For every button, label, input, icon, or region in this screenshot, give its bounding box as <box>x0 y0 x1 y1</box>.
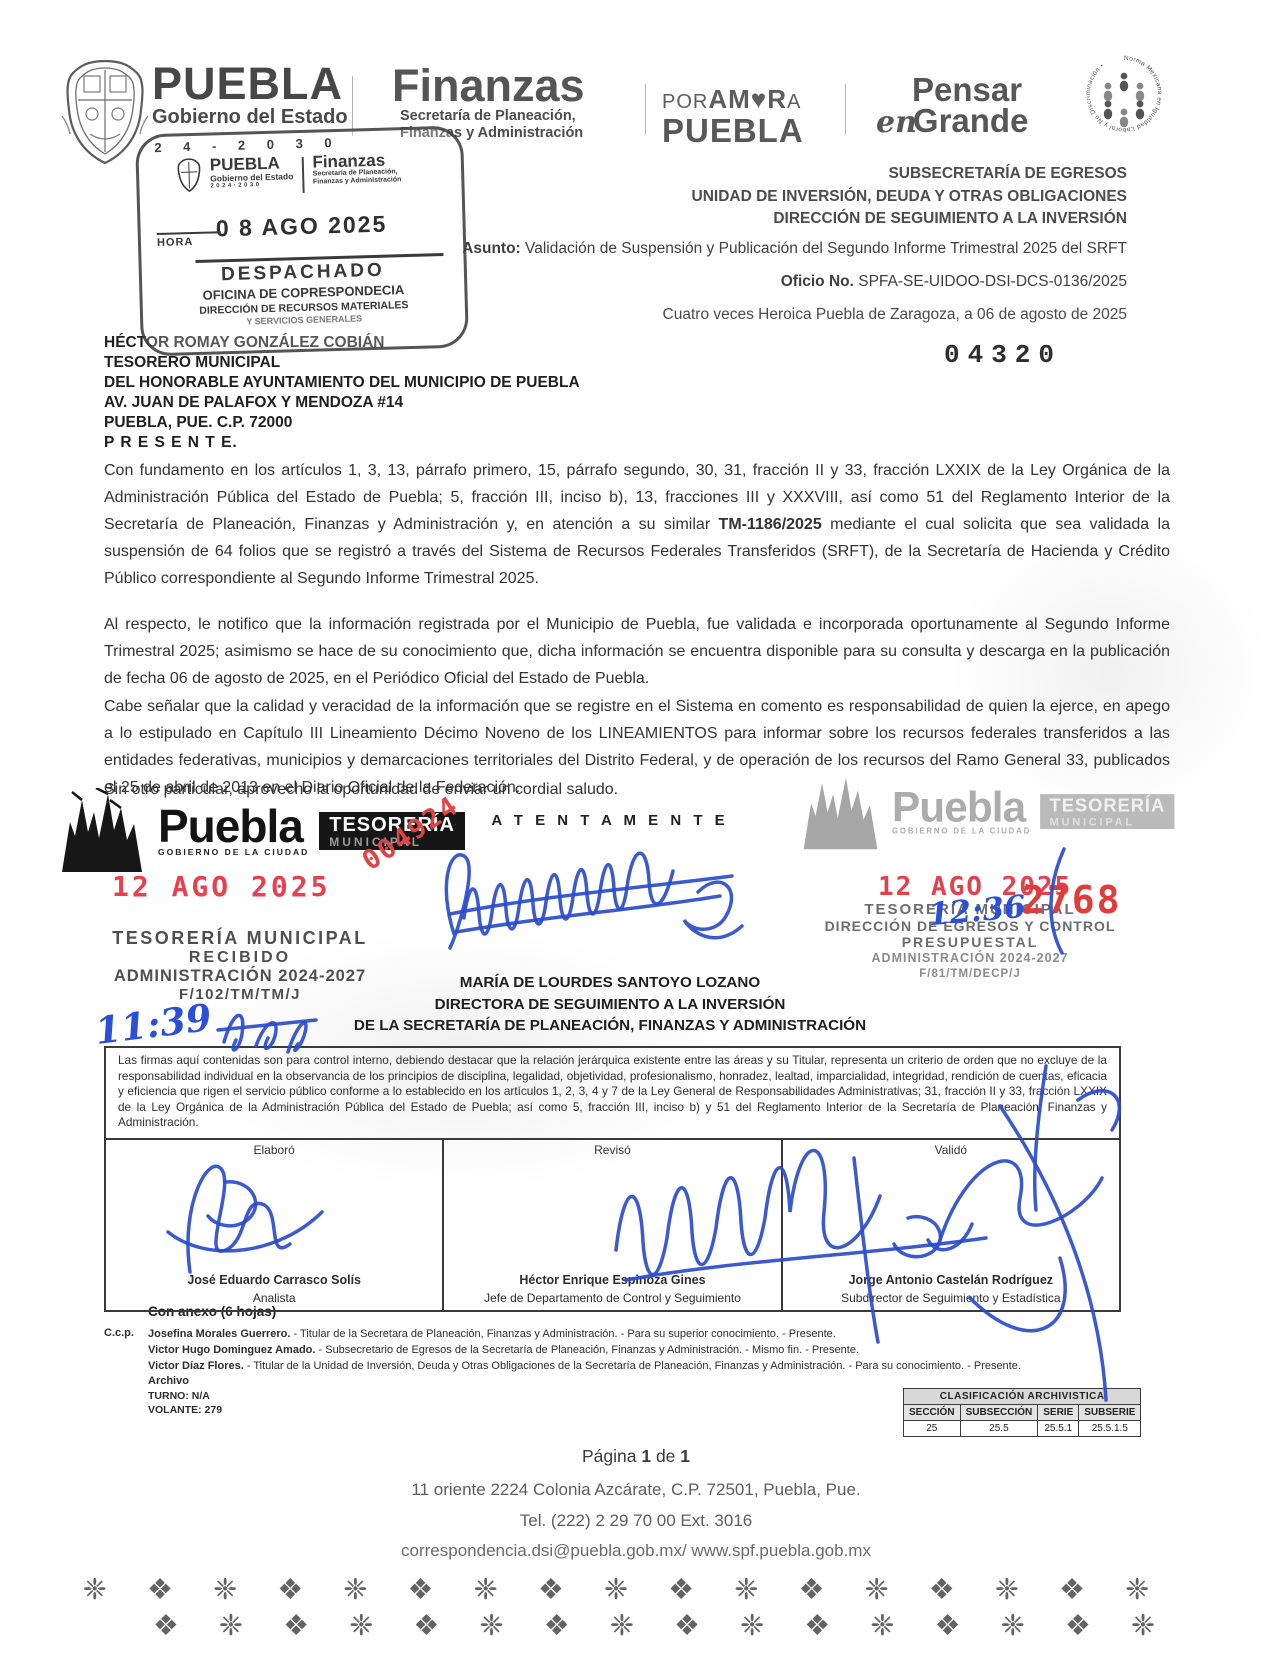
pagina-num: 1 <box>641 1446 651 1466</box>
stamp-puebla-logo: PUEBLA Gobierno del Estado 2024·2030 <box>210 155 294 189</box>
stamp-left-line1: TESORERÍA MUNICIPAL <box>70 928 410 949</box>
issuing-office-block: SUBSECRETARÍA DE EGRESOS UNIDAD DE INVER… <box>560 163 1127 231</box>
p1-reference-bold: TM-1186/2025 <box>719 516 822 533</box>
office-line2: UNIDAD DE INVERSIÓN, DEUDA Y OTRAS OBLIG… <box>560 186 1127 209</box>
handwritten-initials-ink <box>212 1000 322 1062</box>
stamp-logo-row: PUEBLA Gobierno del Estado 2024·2030 Fin… <box>177 152 402 196</box>
oficio-number: SPFA-SE-UIDOO-DSI-DCS-0136/2025 <box>854 273 1127 290</box>
archive-val-serie: 25.5.1 <box>1038 1421 1079 1437</box>
pensar-en: en <box>876 105 917 140</box>
header-divider <box>352 76 353 136</box>
valido-signature-ink <box>850 1058 1160 1408</box>
body-paragraph-2: Al respecto, le notifico que la informac… <box>104 611 1170 692</box>
brand-puebla-subtitle: Gobierno del Estado <box>152 106 348 129</box>
subject-line: Asunto: Validación de Suspensión y Publi… <box>427 240 1127 258</box>
stamp-right-line5: F/81/TM/DECP/J <box>800 966 1140 982</box>
stamp-finanzas-logo: Finanzas Secretaría de Planeación, Finan… <box>312 152 401 186</box>
addressee-org: DEL HONORABLE AYUNTAMIENTO DEL MUNICIPIO… <box>104 373 580 393</box>
puebla-city-logo-faint: Puebla GOBIERNO DE LA CIUDAD TESORERÍA M… <box>800 772 1174 851</box>
city-logo-word: Puebla <box>892 788 1031 825</box>
subject-text: Validación de Suspensión y Publicación d… <box>521 240 1127 257</box>
tesoreria-received-stamp-text: TESORERÍA MUNICIPAL RECIBIDO ADMINISTRAC… <box>70 928 410 1003</box>
brand-puebla-title: PUEBLA <box>152 62 348 106</box>
amor-a: A <box>787 91 801 113</box>
archive-val-seccion: 25 <box>904 1421 961 1437</box>
brand-pensar-en-grande: Pensar enGrande <box>876 74 1028 138</box>
brand-amor-line2: PUEBLA <box>662 115 804 147</box>
state-coat-of-arms-icon <box>60 56 150 168</box>
city-logo-wordmark: Puebla GOBIERNO DE LA CIUDAD <box>892 788 1031 835</box>
oficio-number-line: Oficio No. SPFA-SE-UIDOO-DSI-DCS-0136/20… <box>427 273 1127 291</box>
atentamente-heading: A T E N T A M E N T E <box>420 812 800 829</box>
ccp-name: Victor Díaz Flores. <box>148 1360 244 1372</box>
subject-label: Asunto: <box>462 240 521 257</box>
ink-stroke <box>1016 845 1076 957</box>
stamp-left-line2: RECIBIDO <box>70 949 410 967</box>
page-number-line: Página 1 de 1 <box>0 1446 1272 1467</box>
stamp-right-line4: ADMINISTRACIÓN 2024-2027 <box>800 950 1140 966</box>
oficio-label: Oficio No. <box>781 273 854 290</box>
brand-por-amor-a-puebla: PORAM♥RA PUEBLA <box>662 86 804 147</box>
office-line3: DIRECCIÓN DE SEGUIMIENTO A LA INVERSIÓN <box>560 208 1127 231</box>
office-line1: SUBSECRETARÍA DE EGRESOS <box>560 163 1127 186</box>
ornament-border-row1: ❈❖❈❖❈❖❈❖❈❖❈❖❈❖❈❖❈ <box>0 1572 1272 1607</box>
elaboro-signature-ink <box>128 1112 358 1307</box>
footer-web: correspondencia.dsi@puebla.gob.mx/ www.s… <box>0 1541 1272 1561</box>
city-logo-caption: GOBIERNO DE LA CIUDAD <box>892 826 1031 835</box>
ccp-name: Victor Hugo Dominguez Amado. <box>148 1344 315 1356</box>
addressee-title: TESORERO MUNICIPAL <box>104 353 580 373</box>
nmx-equality-logo: Norma Mexicana en Igualdad Laboral y No … <box>1078 48 1170 142</box>
tesoreria-box-line2: MUNICIPAL <box>1050 816 1166 827</box>
stamp-left-line3: ADMINISTRACIÓN 2024-2027 <box>70 967 410 986</box>
volante-note: VOLANTE: 279 <box>148 1404 222 1416</box>
brand-finanzas-title: Finanzas <box>392 64 585 108</box>
ccp-rest: - Subsecretario de Egresos de la Secreta… <box>315 1344 859 1356</box>
footer-address: 11 oriente 2224 Colonia Azcárate, C.P. 7… <box>0 1480 1272 1500</box>
pagina-word: Página <box>582 1446 637 1466</box>
addressee-address: AV. JUAN DE PALAFOX Y MENDOZA #14 <box>104 393 580 413</box>
de-word: de <box>656 1446 675 1466</box>
ccp-name: Josefina Morales Guerrero. <box>148 1328 290 1340</box>
city-logo-wordmark: Puebla GOBIERNO DE LA CIUDAD <box>158 806 309 857</box>
ornament-border-row2: ❖❈❖❈❖❈❖❈❖❈❖❈❖❈❖❈ <box>0 1608 1272 1643</box>
body-paragraph-1: Con fundamento en los artículos 1, 3, 13… <box>104 457 1170 592</box>
stamp-puebla-years: 2024·2030 <box>210 181 293 189</box>
footer-phone: Tel. (222) 2 29 70 00 Ext. 3016 <box>0 1511 1272 1531</box>
brand-puebla-estado: PUEBLA Gobierno del Estado <box>152 62 348 129</box>
stamp-finanzas-sub2: Finanzas y Administración <box>313 176 402 186</box>
stamp-hora-label: HORA <box>157 231 221 249</box>
city-logo-caption: GOBIERNO DE LA CIUDAD <box>158 847 309 857</box>
brand-amor-line1: PORAM♥RA <box>662 86 804 115</box>
city-skyline-icon <box>58 788 150 874</box>
main-signature-ink <box>420 830 760 965</box>
folio-number-stamp: 04320 <box>944 340 1062 370</box>
total-num: 1 <box>680 1446 690 1466</box>
header-divider <box>645 84 646 134</box>
tesoreria-right-stamp-logo: Puebla GOBIERNO DE LA CIUDAD TESORERÍA M… <box>800 772 1174 851</box>
stamp-mini-shield-icon <box>177 158 202 193</box>
received-date-red-left: 12 AGO 2025 <box>112 870 330 903</box>
place-date-line: Cuatro veces Heroica Puebla de Zaragoza,… <box>427 306 1127 324</box>
despachado-ingress-stamp: 2 4 - 2 0 3 0 PUEBLA Gobierno del Estado… <box>135 125 469 356</box>
brand-finanzas-sub1: Secretaría de Planeación, <box>400 108 585 125</box>
city-logo-word: Puebla <box>158 806 309 846</box>
signer-role2: DE LA SECRETARÍA DE PLANEACIÓN, FINANZAS… <box>320 1015 900 1037</box>
city-skyline-icon <box>800 772 885 851</box>
archive-val-subseccion: 25.5 <box>960 1421 1038 1437</box>
amor-word: AM♥R <box>708 84 787 114</box>
turno-note: TURNO: N/A <box>148 1390 210 1402</box>
stamp-right-line3: PRESUPUESTAL <box>800 934 1140 950</box>
stamp-logo-divider <box>302 157 305 193</box>
pensar-grande: Grande <box>913 102 1029 139</box>
tesoreria-box: TESORERÍA MUNICIPAL <box>1040 794 1174 829</box>
addressee-presente: P R E S E N T E. <box>104 433 580 453</box>
header-divider <box>845 84 846 134</box>
amor-por: POR <box>662 91 708 113</box>
document-page: PUEBLA Gobierno del Estado Finanzas Secr… <box>0 0 1272 1654</box>
archive-val-subserie: 25.5.1.5 <box>1079 1421 1141 1437</box>
ccp-label: C.c.p. <box>104 1327 134 1339</box>
tesoreria-box-line1: TESORERÍA <box>1050 797 1166 816</box>
pensar-line2: enGrande <box>876 106 1028 138</box>
archivo-note: Archivo <box>148 1375 189 1387</box>
addressee-city: PUEBLA, PUE. C.P. 72000 <box>104 413 580 433</box>
